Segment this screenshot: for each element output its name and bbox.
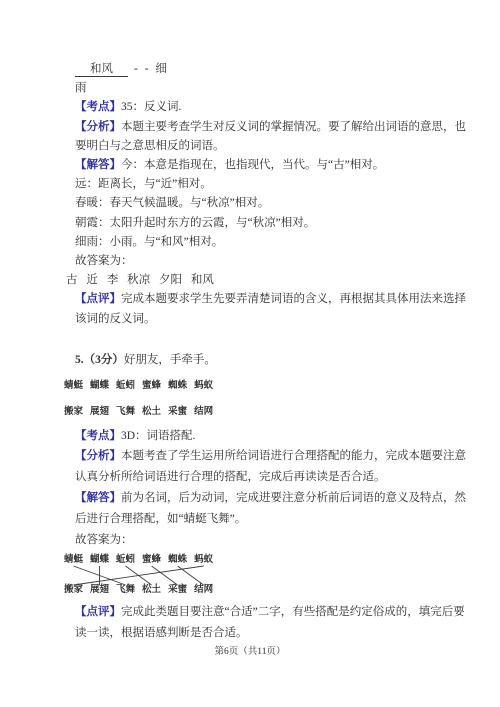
question-title: 好朋友，手牵手。 [124, 354, 216, 366]
fill-blank-wrap: 雨 [75, 79, 431, 98]
kaodian-text: 3D：词语搭配. [121, 430, 195, 442]
fill-blank-suffix: - - 细 [134, 63, 169, 75]
match-word: 搬家 [64, 584, 83, 597]
kaodian-tag: 【考点】 [75, 430, 121, 442]
word-row-bottom: 搬家 展翅 飞舞 松土 采蜜 结网 [64, 406, 431, 419]
q5-jieda-wrap: 后进行合理搭配，如“蜻蜓飞舞”。 [75, 509, 431, 530]
fenxi-text: 本题考查了学生运用所给词语进行合理搭配的能力，完成本题要注意 [121, 450, 466, 462]
kaodian-text: 35：反义词. [121, 101, 181, 113]
jieda-tag: 【解答】 [75, 492, 121, 504]
dianping-text: 完成本题要求学生先要弄清楚词语的含义，再根据其具体用法来选择 [121, 293, 466, 305]
q4-dianping-line: 【点评】完成本题要求学生先要弄清楚词语的含义，再根据其具体用法来选择 [75, 290, 431, 309]
match-word: 展翅 [90, 406, 109, 419]
q4-answer-row: 古 近 李 秋凉 夕阳 和风 [66, 271, 431, 290]
match-word: 蚂蚁 [194, 554, 213, 567]
q4-jieda-line: 【解答】今：本意是指现在，也指现代，当代。与“古”相对。 [75, 156, 431, 175]
q4-answer-label: 故答案为： [75, 252, 431, 271]
question-number-line: 5.（3分）好朋友，手牵手。 [75, 350, 431, 371]
match-word: 蜘蛛 [168, 554, 187, 567]
match-word: 松土 [142, 584, 161, 597]
match-word: 蚯蚓 [116, 380, 135, 393]
match-word: 蝴蝶 [90, 380, 109, 393]
match-word: 结网 [194, 406, 213, 419]
match-word: 采蜜 [168, 584, 187, 597]
question-number: 5.（3分） [75, 354, 124, 366]
q5-fenxi-wrap: 认真分析所给词语进行合理的搭配，完成后再读读是否合适。 [75, 467, 431, 488]
q4-fenxi-wrap: 要明白与之意思相反的词语。 [75, 137, 431, 156]
matching-diagram: 蜻蜓 蝴蝶 蚯蚓 蜜蜂 蜘蛛 蚂蚁 搬家 展翅 飞舞 松土 采蜜 结网 [64, 554, 279, 597]
question-5-section: 5.（3分）好朋友，手牵手。 蜻蜓 蝴蝶 蚯蚓 蜜蜂 蜘蛛 蚂蚁 搬家 展翅 飞… [75, 350, 431, 644]
jieda-text: 今：本意是指现在，也指现代，当代。与“古”相对。 [121, 159, 384, 171]
fill-blank-line: 和风- - 细 [75, 60, 431, 79]
kaodian-tag: 【考点】 [75, 101, 121, 113]
jieda-tag: 【解答】 [75, 159, 121, 171]
page-content: 和风- - 细 雨 【考点】35：反义词. 【分析】本题主要考查学生对反义词的掌… [75, 60, 431, 644]
match-word: 采蜜 [168, 406, 187, 419]
match-word: 展翅 [90, 584, 109, 597]
match-word: 蚂蚁 [194, 380, 213, 393]
match-word: 蜜蜂 [142, 554, 161, 567]
match-word: 蜜蜂 [142, 380, 161, 393]
q5-answer-label: 故答案为： [75, 530, 431, 551]
page-number: 第6页（共11页） [0, 643, 500, 657]
match-word: 结网 [194, 584, 213, 597]
q4-dianping-wrap: 该词的反义词。 [75, 310, 431, 329]
diagram-row-bottom: 搬家 展翅 飞舞 松土 采蜜 结网 [64, 584, 279, 597]
match-word: 飞舞 [116, 584, 135, 597]
q5-kaodian-line: 【考点】3D：词语搭配. [75, 426, 431, 447]
match-word: 搬家 [64, 406, 83, 419]
match-word: 松土 [142, 406, 161, 419]
q4-jieda-item: 细雨：小雨。与“和风”相对。 [75, 233, 431, 252]
q5-jieda-line: 【解答】前为名词，后为动词，完成进要注意分析前后词语的意义及特点，然 [75, 488, 431, 509]
fenxi-tag: 【分析】 [75, 450, 121, 462]
match-word: 蜻蜓 [64, 380, 83, 393]
match-word: 蚯蚓 [116, 554, 135, 567]
dianping-text: 完成此类题目要注意“合适”二字，有些搭配是约定俗成的，填完后要 [121, 606, 465, 618]
match-word: 蝴蝶 [90, 554, 109, 567]
dianping-tag: 【点评】 [75, 293, 121, 305]
fill-blank-answer: 和风 [75, 63, 128, 77]
q4-jieda-item: 朝霞：太阳升起时东方的云霞，与“秋凉”相对。 [75, 214, 431, 233]
fenxi-tag: 【分析】 [75, 121, 121, 133]
q5-fenxi-line: 【分析】本题考查了学生运用所给词语进行合理搭配的能力，完成本题要注意 [75, 446, 431, 467]
q4-kaodian-line: 【考点】35：反义词. [75, 98, 431, 117]
match-word: 飞舞 [116, 406, 135, 419]
match-word: 蜘蛛 [168, 380, 187, 393]
diagram-row-top: 蜻蜓 蝴蝶 蚯蚓 蜜蜂 蜘蛛 蚂蚁 [64, 554, 279, 567]
match-word: 蜻蜓 [64, 554, 83, 567]
q5-dianping-line: 【点评】完成此类题目要注意“合适”二字，有些搭配是约定俗成的，填完后要 [75, 602, 431, 623]
q5-dianping-wrap: 读一读，根据语感判断是否合适。 [75, 623, 431, 644]
q4-fenxi-line: 【分析】本题主要考查学生对反义词的掌握情况。要了解给出词语的意思，也 [75, 118, 431, 137]
document-page: 和风- - 细 雨 【考点】35：反义词. 【分析】本题主要考查学生对反义词的掌… [0, 0, 500, 707]
q4-jieda-item: 春暖：春天气候温暖。与“秋凉”相对。 [75, 194, 431, 213]
fenxi-text: 本题主要考查学生对反义词的掌握情况。要了解给出词语的意思，也 [121, 121, 466, 133]
dianping-tag: 【点评】 [75, 606, 121, 618]
q4-jieda-item: 远：距离长，与“近”相对。 [75, 175, 431, 194]
jieda-text: 前为名词，后为动词，完成进要注意分析前后词语的意义及特点，然 [121, 492, 466, 504]
word-row-top: 蜻蜓 蝴蝶 蚯蚓 蜜蜂 蜘蛛 蚂蚁 [64, 380, 431, 393]
